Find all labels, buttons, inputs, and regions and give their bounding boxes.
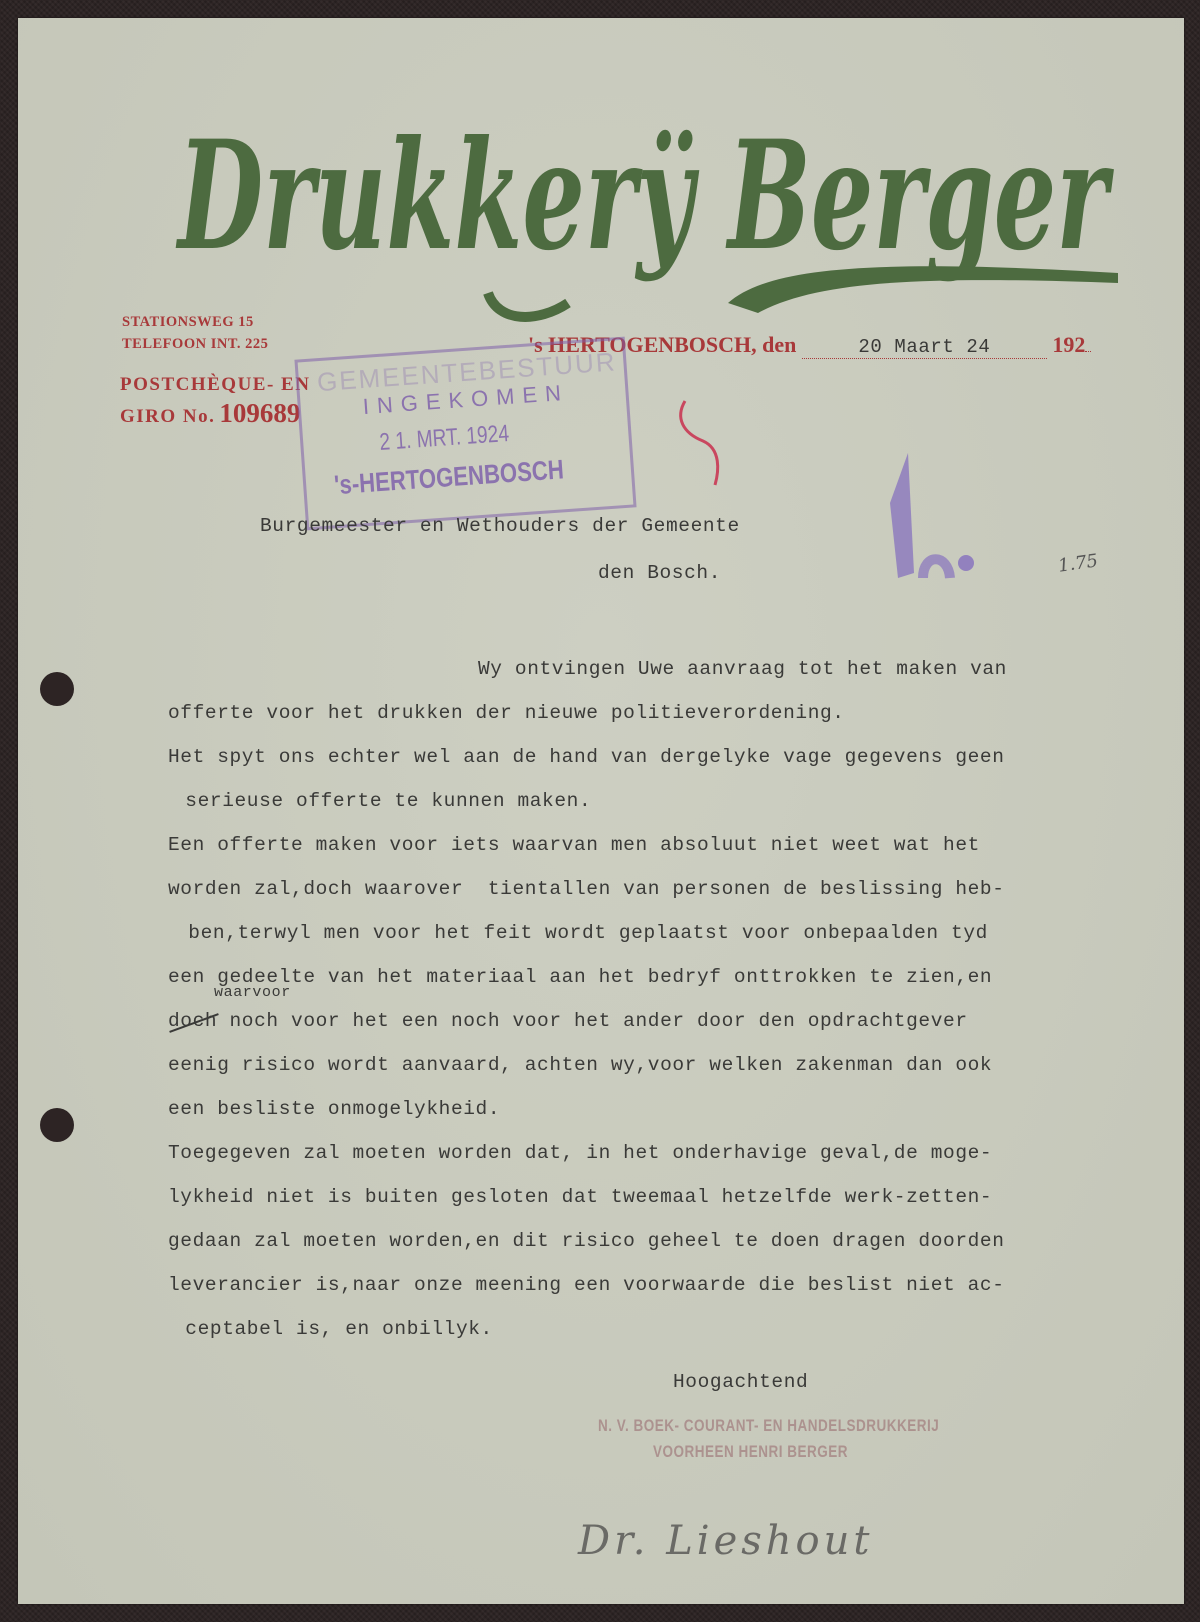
body-line: Een offerte maken voor iets waarvan men …: [168, 834, 980, 856]
stamp-date: 2 1. MRT. 1924: [378, 420, 509, 457]
punch-hole-bottom: [40, 1108, 74, 1142]
giro-number-line: GIRO No. 109689: [120, 398, 300, 429]
body-line: eenig risico wordt aanvaard, achten wy,v…: [168, 1054, 992, 1076]
addressee-line2: den Bosch.: [598, 562, 721, 584]
body-line: leverancier is,naar onze meening een voo…: [168, 1274, 1005, 1296]
letter-page: Drukkerÿ Berger STATIONSWEG 15 TELEFOON …: [18, 18, 1184, 1604]
stamp-place: 's-HERTOGENBOSCH: [333, 454, 565, 501]
giro-no-label: GIRO No.: [120, 406, 215, 427]
logo-script-icon: Drukkerÿ Berger: [168, 98, 1128, 328]
typed-date: 20 Maart 24: [858, 336, 990, 358]
closing-salutation: Hoogachtend: [673, 1371, 808, 1393]
body-line: offerte voor het drukken der nieuwe poli…: [168, 702, 845, 724]
addressee-line1: Burgemeester en Wethouders der Gemeente: [260, 515, 740, 537]
body-line: ceptabel is, en onbillyk.: [173, 1318, 493, 1340]
correction-insert: waarvoor: [214, 984, 291, 1001]
body-line: lykheid niet is buiten gesloten dat twee…: [168, 1186, 992, 1208]
red-pencil-mark-icon: [663, 393, 733, 493]
body-line: serieuse offerte te kunnen maken.: [173, 790, 591, 812]
body-line: een gedeelte van het materiaal aan het b…: [168, 966, 992, 988]
punch-hole-top: [40, 672, 74, 706]
signature: Dr. Lieshout: [578, 1518, 873, 1564]
pencil-note: 1.75: [1057, 550, 1100, 576]
company-logo: Drukkerÿ Berger: [168, 98, 1128, 328]
body-line: gedaan zal moeten worden,en dit risico g…: [168, 1230, 1005, 1252]
year-prefix: 192: [1052, 332, 1085, 357]
received-stamp: GEMEENTEBESTUUR INGEKOMEN 2 1. MRT. 1924…: [294, 337, 636, 531]
address-line: STATIONSWEG 15: [122, 314, 254, 331]
svg-text:Drukkerÿ Berger: Drukkerÿ Berger: [175, 108, 1114, 284]
body-line: Het spyt ons echter wel aan de hand van …: [168, 746, 1005, 768]
body-line: worden zal,doch waarover tientallen van …: [168, 878, 1005, 900]
body-line: Toegegeven zal moeten worden dat, in het…: [168, 1142, 992, 1164]
body-line: een besliste onmogelykheid.: [168, 1098, 500, 1120]
violet-number-mark-icon: [878, 443, 988, 603]
giro-label: POSTCHÈQUE- EN: [120, 374, 310, 396]
body-line: ben,terwyl men voor het feit wordt gepla…: [176, 922, 988, 944]
sender-stamp-line1: N. V. BOEK- COURANT- EN HANDELSDRUKKERIJ: [598, 1416, 939, 1435]
body-line: Wy ontvingen Uwe aanvraag tot het maken …: [478, 658, 1007, 680]
sender-stamp-line2: VOORHEEN HENRI BERGER: [653, 1442, 848, 1461]
body-line: doch noch voor het een noch voor het and…: [168, 1010, 968, 1032]
telephone-line: TELEFOON INT. 225: [122, 336, 268, 353]
giro-number: 109689: [219, 398, 300, 428]
